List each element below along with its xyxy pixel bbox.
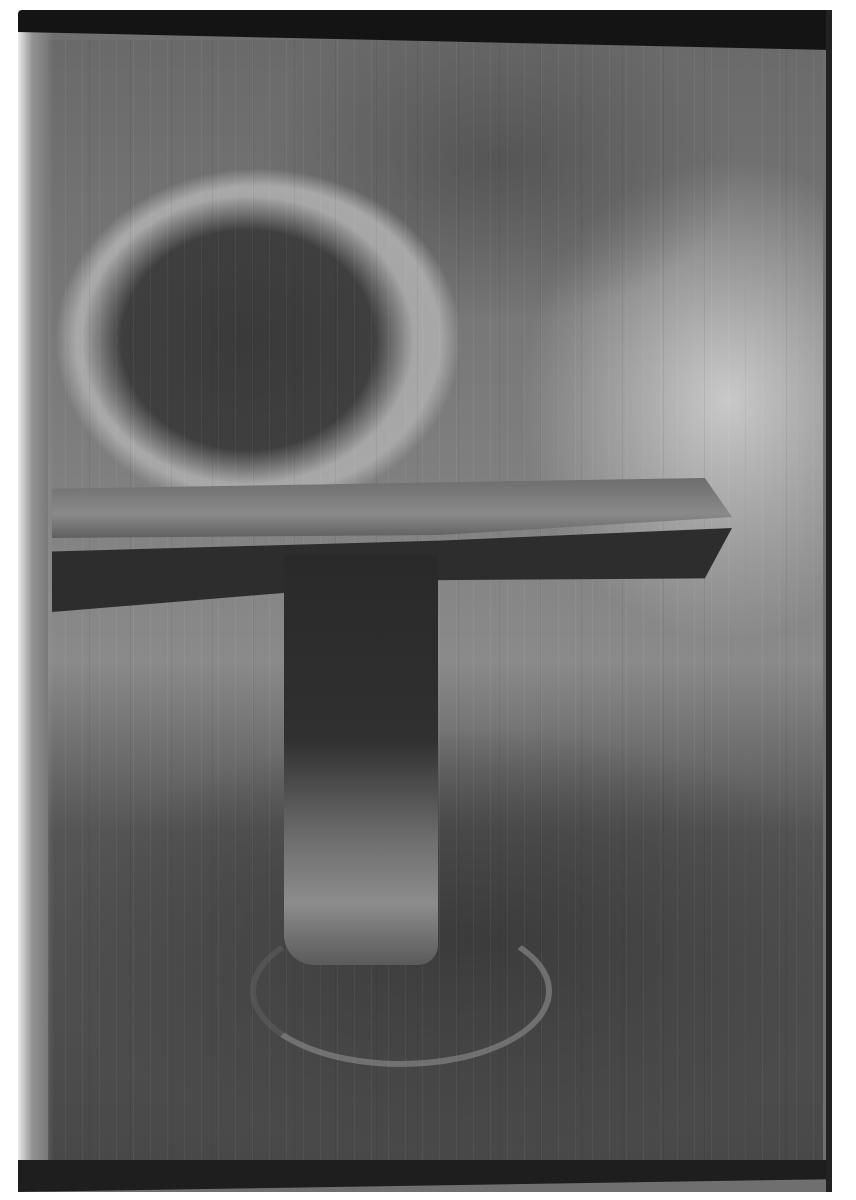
overexposed-edge [18,10,54,1192]
table-pedestal [284,555,438,965]
pedestal-base-ring [250,915,552,1067]
film-border-right [826,10,832,1192]
